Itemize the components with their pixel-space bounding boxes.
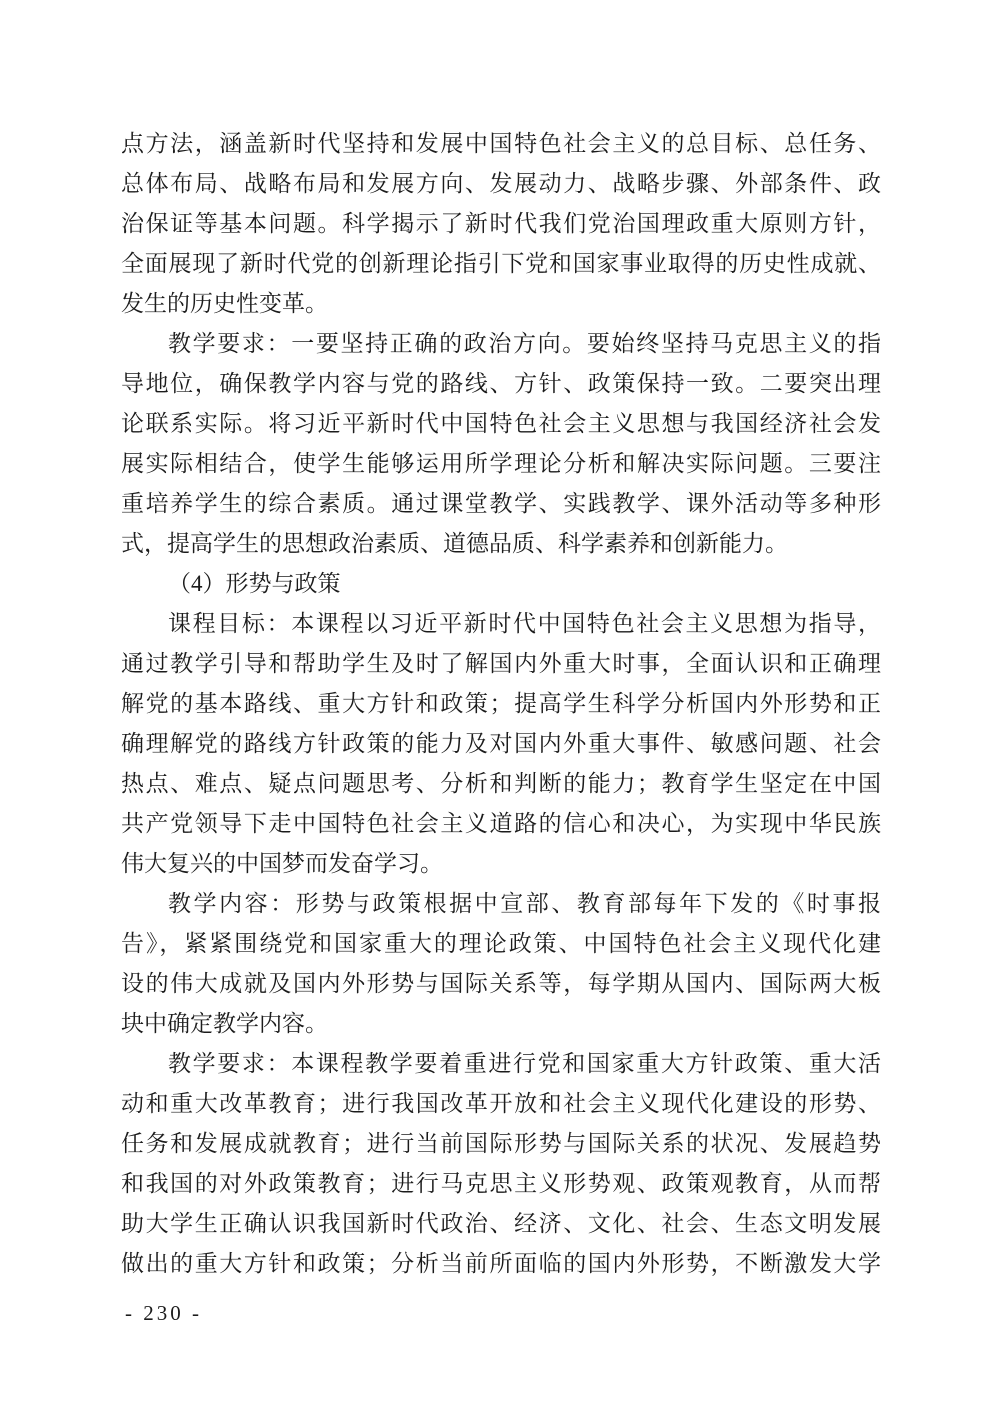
text-line: 动和重大改革教育；进行我国改革开放和社会主义现代化建设的形势、: [121, 1084, 881, 1124]
text-line: 教学要求：一要坚持正确的政治方向。要始终坚持马克思主义的指: [121, 324, 881, 364]
text-line: 块中确定教学内容。: [121, 1004, 881, 1044]
text-line: 设的伟大成就及国内外形势与国际关系等，每学期从国内、国际两大板: [121, 964, 881, 1004]
text-line: 总体布局、战略布局和发展方向、发展动力、战略步骤、外部条件、政: [121, 164, 881, 204]
text-line: 全面展现了新时代党的创新理论指引下党和国家事业取得的历史性成就、: [121, 244, 881, 284]
text-line: 确理解党的路线方针政策的能力及对国内外重大事件、敏感问题、社会: [121, 724, 881, 764]
text-line: 论联系实际。将习近平新时代中国特色社会主义思想与我国经济社会发: [121, 404, 881, 444]
text-line: 式，提高学生的思想政治素质、道德品质、科学素养和创新能力。: [121, 524, 881, 564]
text-line: 教学内容：形势与政策根据中宣部、教育部每年下发的《时事报: [121, 884, 881, 924]
text-line: 伟大复兴的中国梦而发奋学习。: [121, 844, 881, 884]
text-line: 通过教学引导和帮助学生及时了解国内外重大时事，全面认识和正确理: [121, 644, 881, 684]
text-line: 任务和发展成就教育；进行当前国际形势与国际关系的状况、发展趋势: [121, 1124, 881, 1164]
text-line: 和我国的对外政策教育；进行马克思主义形势观、政策观教育，从而帮: [121, 1164, 881, 1204]
text-line: 课程目标：本课程以习近平新时代中国特色社会主义思想为指导，: [121, 604, 881, 644]
text-line: 助大学生正确认识我国新时代政治、经济、文化、社会、生态文明发展: [121, 1204, 881, 1244]
text-line: 重培养学生的综合素质。通过课堂教学、实践教学、课外活动等多种形: [121, 484, 881, 524]
text-line: （4）形势与政策: [121, 564, 881, 604]
text-line: 展实际相结合，使学生能够运用所学理论分析和解决实际问题。三要注: [121, 444, 881, 484]
text-line: 热点、难点、疑点问题思考、分析和判断的能力；教育学生坚定在中国: [121, 764, 881, 804]
text-line: 解党的基本路线、重大方针和政策；提高学生科学分析国内外形势和正: [121, 684, 881, 724]
text-line: 治保证等基本问题。科学揭示了新时代我们党治国理政重大原则方针，: [121, 204, 881, 244]
document-body: 点方法，涵盖新时代坚持和发展中国特色社会主义的总目标、总任务、总体布局、战略布局…: [121, 124, 881, 1284]
text-line: 共产党领导下走中国特色社会主义道路的信心和决心，为实现中华民族: [121, 804, 881, 844]
text-line: 教学要求：本课程教学要着重进行党和国家重大方针政策、重大活: [121, 1044, 881, 1084]
page-number: - 230 -: [125, 1298, 202, 1328]
text-line: 导地位，确保教学内容与党的路线、方针、政策保持一致。二要突出理: [121, 364, 881, 404]
document-page: 点方法，涵盖新时代坚持和发展中国特色社会主义的总目标、总任务、总体布局、战略布局…: [0, 0, 1000, 1414]
text-line: 发生的历史性变革。: [121, 284, 881, 324]
text-line: 点方法，涵盖新时代坚持和发展中国特色社会主义的总目标、总任务、: [121, 124, 881, 164]
text-line: 做出的重大方针和政策；分析当前所面临的国内外形势，不断激发大学: [121, 1244, 881, 1284]
text-line: 告》，紧紧围绕党和国家重大的理论政策、中国特色社会主义现代化建: [121, 924, 881, 964]
